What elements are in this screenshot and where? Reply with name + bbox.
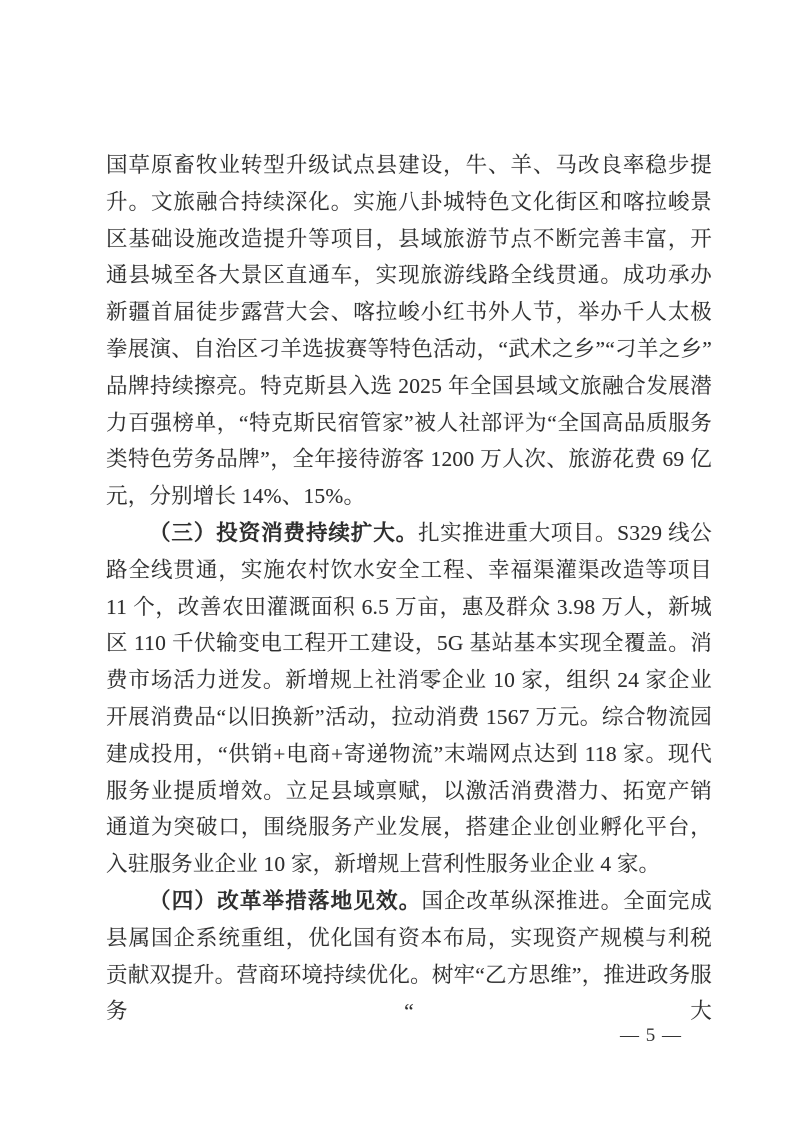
paragraph-section-4: （四）改革举措落地见效。国企改革纵深推进。全面完成县属国企系统重组，优化国有资本…: [106, 883, 712, 1030]
document-body: 国草原畜牧业转型升级试点县建设，牛、羊、马改良率稳步提升。文旅融合持续深化。实施…: [106, 147, 712, 1030]
paragraph-continuation: 国草原畜牧业转型升级试点县建设，牛、羊、马改良率稳步提升。文旅融合持续深化。实施…: [106, 147, 712, 515]
section-heading: （三）投资消费持续扩大。: [149, 521, 418, 545]
document-page: 国草原畜牧业转型升级试点县建设，牛、羊、马改良率稳步提升。文旅融合持续深化。实施…: [0, 0, 793, 1122]
paragraph-text: 扎实推进重大项目。S329 线公路全线贯通，实施农村饮水安全工程、幸福渠灌渠改造…: [106, 521, 712, 876]
paragraph-section-3: （三）投资消费持续扩大。扎实推进重大项目。S329 线公路全线贯通，实施农村饮水…: [106, 515, 712, 883]
page-number: — 5 —: [620, 1024, 682, 1048]
section-heading: （四）改革举措落地见效。: [149, 889, 421, 913]
paragraph-text: 国草原畜牧业转型升级试点县建设，牛、羊、马改良率稳步提升。文旅融合持续深化。实施…: [106, 153, 712, 508]
